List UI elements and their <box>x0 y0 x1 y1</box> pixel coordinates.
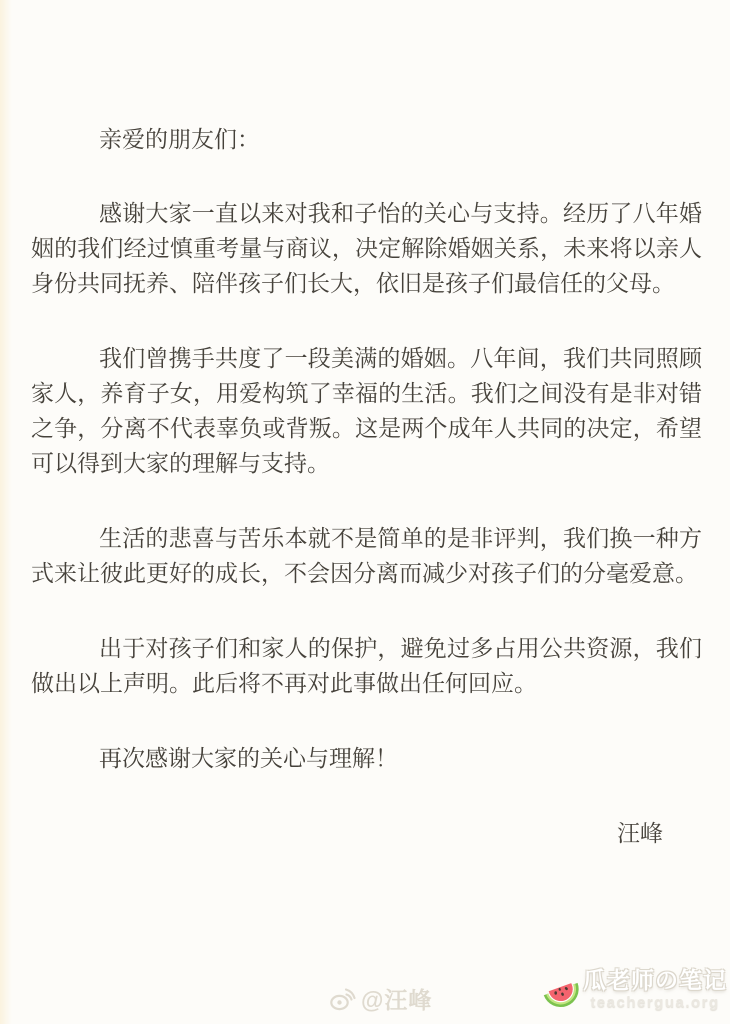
salutation: 亲爱的朋友们： <box>31 122 702 157</box>
statement-paragraph-3: 生活的悲喜与苦乐本就不是简单的是非评判，我们换一种方式来让彼此更好的成长，不会因… <box>31 521 702 591</box>
statement-image: 亲爱的朋友们： 感谢大家一直以来对我和子怡的关心与支持。经历了八年婚姻的我们经过… <box>0 0 730 1024</box>
teachergua-watermark: 瓜老师の笔记 teachergua.org <box>541 967 727 1011</box>
statement-paragraph-5: 再次感谢大家的关心与理解！ <box>31 741 702 776</box>
signature: 汪峰 <box>31 816 702 851</box>
statement-body: 亲爱的朋友们： 感谢大家一直以来对我和子怡的关心与支持。经历了八年婚姻的我们经过… <box>31 122 702 851</box>
weibo-icon <box>328 985 356 1013</box>
teachergua-url: teachergua.org <box>590 994 719 1011</box>
weibo-watermark: @汪峰 <box>328 982 432 1015</box>
teachergua-text: 瓜老师の笔记 teachergua.org <box>583 967 727 1011</box>
watermelon-icon <box>541 967 581 1010</box>
statement-paragraph-2: 我们曾携手共度了一段美满的婚姻。八年间，我们共同照顾家人，养育子女，用爱构筑了幸… <box>31 341 702 481</box>
statement-paragraph-4: 出于对孩子们和家人的保护，避免过多占用公共资源，我们做出以上声明。此后将不再对此… <box>31 631 702 701</box>
teachergua-title: 瓜老师の笔记 <box>583 967 727 994</box>
statement-paragraph-1: 感谢大家一直以来对我和子怡的关心与支持。经历了八年婚姻的我们经过慎重考量与商议，… <box>31 196 702 301</box>
weibo-handle: @汪峰 <box>361 982 432 1015</box>
